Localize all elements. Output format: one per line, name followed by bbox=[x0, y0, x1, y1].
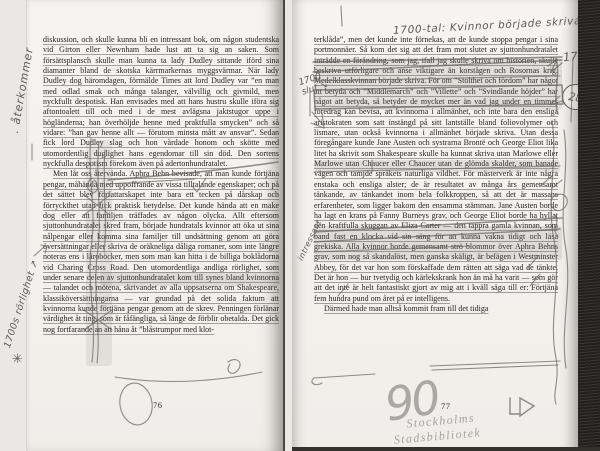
graphite-smudge bbox=[314, 58, 562, 110]
body-paragraph: diskussion, och skulle kunna bli en intr… bbox=[43, 35, 279, 169]
graphite-smudge bbox=[314, 226, 562, 260]
scan-bottom-edge bbox=[292, 447, 600, 451]
book-scan: diskussion, och skulle kunna bli en intr… bbox=[0, 0, 600, 451]
left-page: diskussion, och skulle kunna bli en intr… bbox=[26, 0, 285, 451]
page-number: 77 bbox=[441, 401, 451, 411]
graphite-smudge bbox=[86, 140, 112, 366]
graphite-smudge bbox=[314, 160, 560, 172]
body-paragraph: Men låt oss återvända. Aphra Behn bevisa… bbox=[43, 169, 279, 335]
asterisk-mark: ✳ bbox=[12, 352, 23, 367]
page-number: 76 bbox=[153, 400, 163, 410]
body-paragraph: Därmed hade man alltså kommit fram till … bbox=[314, 304, 558, 314]
graphite-smudge bbox=[100, 272, 280, 286]
book-edge bbox=[578, 0, 600, 451]
left-page-text: diskussion, och skulle kunna bli en intr… bbox=[43, 35, 279, 335]
